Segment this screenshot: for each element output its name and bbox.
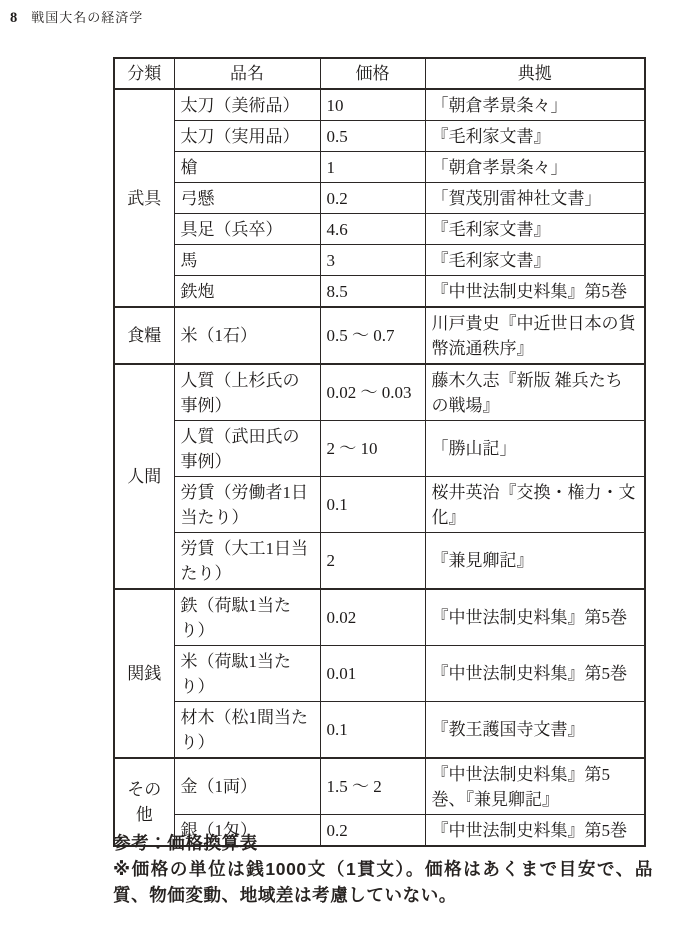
price-cell: 3 — [320, 245, 425, 276]
item-cell: 労賃（労働者1日当たり） — [174, 477, 320, 533]
table-row: その他金（1両）1.5 〜 2『中世法制史料集』第5巻、『兼見卿記』 — [114, 758, 645, 815]
source-cell: 『兼見卿記』 — [425, 533, 645, 590]
price-cell: 0.02 〜 0.03 — [320, 364, 425, 421]
table-row: 人質（武田氏の事例）2 〜 10「勝山記」 — [114, 421, 645, 477]
price-cell: 0.5 — [320, 121, 425, 152]
source-cell: 川戸貴史『中近世日本の貨幣流通秩序』 — [425, 307, 645, 364]
table-row: 馬3『毛利家文書』 — [114, 245, 645, 276]
price-cell: 0.5 〜 0.7 — [320, 307, 425, 364]
item-cell: 鉄（荷駄1当たり） — [174, 589, 320, 646]
price-cell: 10 — [320, 89, 425, 121]
table-header-row: 分類 品名 価格 典拠 — [114, 58, 645, 89]
item-cell: 槍 — [174, 152, 320, 183]
item-cell: 具足（兵卒） — [174, 214, 320, 245]
item-cell: 太刀（実用品） — [174, 121, 320, 152]
price-cell: 1.5 〜 2 — [320, 758, 425, 815]
table-row: 材木（松1間当たり）0.1『教王護国寺文書』 — [114, 702, 645, 759]
price-table: 分類 品名 価格 典拠 武具太刀（美術品）10「朝倉孝景条々」太刀（実用品）0.… — [113, 57, 646, 847]
item-cell: 米（1石） — [174, 307, 320, 364]
table-row: 槍1「朝倉孝景条々」 — [114, 152, 645, 183]
footer-text: ※価格の単位は銭1000文（1貫文）。価格はあくまで目安で、品質、物価変動、地域… — [113, 856, 653, 908]
footer-note: 参考：価格換算表 ※価格の単位は銭1000文（1貫文）。価格はあくまで目安で、品… — [113, 830, 653, 908]
page-number: 8 — [10, 10, 17, 26]
item-cell: 馬 — [174, 245, 320, 276]
running-title: 戦国大名の経済学 — [31, 10, 143, 25]
table-row: 労賃（労働者1日当たり）0.1桜井英治『交換・権力・文化』 — [114, 477, 645, 533]
source-cell: 『中世法制史料集』第5巻 — [425, 589, 645, 646]
source-cell: 『毛利家文書』 — [425, 245, 645, 276]
source-cell: 『中世法制史料集』第5巻 — [425, 646, 645, 702]
price-cell: 2 〜 10 — [320, 421, 425, 477]
source-cell: 『中世法制史料集』第5巻 — [425, 276, 645, 308]
table-row: 具足（兵卒）4.6『毛利家文書』 — [114, 214, 645, 245]
header-item: 品名 — [174, 58, 320, 89]
item-cell: 鉄炮 — [174, 276, 320, 308]
source-cell: 「朝倉孝景条々」 — [425, 152, 645, 183]
category-cell: 関銭 — [114, 589, 174, 758]
source-cell: 『中世法制史料集』第5巻、『兼見卿記』 — [425, 758, 645, 815]
book-page: 8戦国大名の経済学 分類 品名 価格 典拠 武具太刀（美術品）10「朝倉孝景条々… — [0, 0, 683, 927]
table-row: 太刀（実用品）0.5『毛利家文書』 — [114, 121, 645, 152]
item-cell: 材木（松1間当たり） — [174, 702, 320, 759]
table-row: 弓懸0.2「賀茂別雷神社文書」 — [114, 183, 645, 214]
table-row: 米（荷駄1当たり）0.01『中世法制史料集』第5巻 — [114, 646, 645, 702]
item-cell: 金（1両） — [174, 758, 320, 815]
price-cell: 0.1 — [320, 702, 425, 759]
table-row: 関銭鉄（荷駄1当たり）0.02『中世法制史料集』第5巻 — [114, 589, 645, 646]
item-cell: 労賃（大工1日当たり） — [174, 533, 320, 590]
item-cell: 弓懸 — [174, 183, 320, 214]
item-cell: 人質（武田氏の事例） — [174, 421, 320, 477]
header-price: 価格 — [320, 58, 425, 89]
price-cell: 8.5 — [320, 276, 425, 308]
table-row: 食糧米（1石）0.5 〜 0.7川戸貴史『中近世日本の貨幣流通秩序』 — [114, 307, 645, 364]
price-cell: 2 — [320, 533, 425, 590]
footer-caption: 参考：価格換算表 — [113, 830, 653, 856]
item-cell: 米（荷駄1当たり） — [174, 646, 320, 702]
price-cell: 4.6 — [320, 214, 425, 245]
category-cell: 食糧 — [114, 307, 174, 364]
table-body: 武具太刀（美術品）10「朝倉孝景条々」太刀（実用品）0.5『毛利家文書』槍1「朝… — [114, 89, 645, 846]
source-cell: 藤木久志『新版 雑兵たちの戦場』 — [425, 364, 645, 421]
price-cell: 0.01 — [320, 646, 425, 702]
source-cell: 『教王護国寺文書』 — [425, 702, 645, 759]
running-head: 8戦国大名の経済学 — [10, 7, 143, 27]
table-row: 鉄炮8.5『中世法制史料集』第5巻 — [114, 276, 645, 308]
source-cell: 桜井英治『交換・権力・文化』 — [425, 477, 645, 533]
source-cell: 「勝山記」 — [425, 421, 645, 477]
category-cell: 武具 — [114, 89, 174, 307]
table-row: 労賃（大工1日当たり）2『兼見卿記』 — [114, 533, 645, 590]
price-table-container: 分類 品名 価格 典拠 武具太刀（美術品）10「朝倉孝景条々」太刀（実用品）0.… — [113, 57, 646, 847]
category-cell: 人間 — [114, 364, 174, 589]
table-row: 人間人質（上杉氏の事例）0.02 〜 0.03藤木久志『新版 雑兵たちの戦場』 — [114, 364, 645, 421]
header-category: 分類 — [114, 58, 174, 89]
source-cell: 『毛利家文書』 — [425, 214, 645, 245]
source-cell: 「賀茂別雷神社文書」 — [425, 183, 645, 214]
price-cell: 1 — [320, 152, 425, 183]
item-cell: 太刀（美術品） — [174, 89, 320, 121]
price-cell: 0.1 — [320, 477, 425, 533]
source-cell: 「朝倉孝景条々」 — [425, 89, 645, 121]
price-cell: 0.02 — [320, 589, 425, 646]
table-row: 武具太刀（美術品）10「朝倉孝景条々」 — [114, 89, 645, 121]
item-cell: 人質（上杉氏の事例） — [174, 364, 320, 421]
source-cell: 『毛利家文書』 — [425, 121, 645, 152]
header-source: 典拠 — [425, 58, 645, 89]
price-cell: 0.2 — [320, 183, 425, 214]
